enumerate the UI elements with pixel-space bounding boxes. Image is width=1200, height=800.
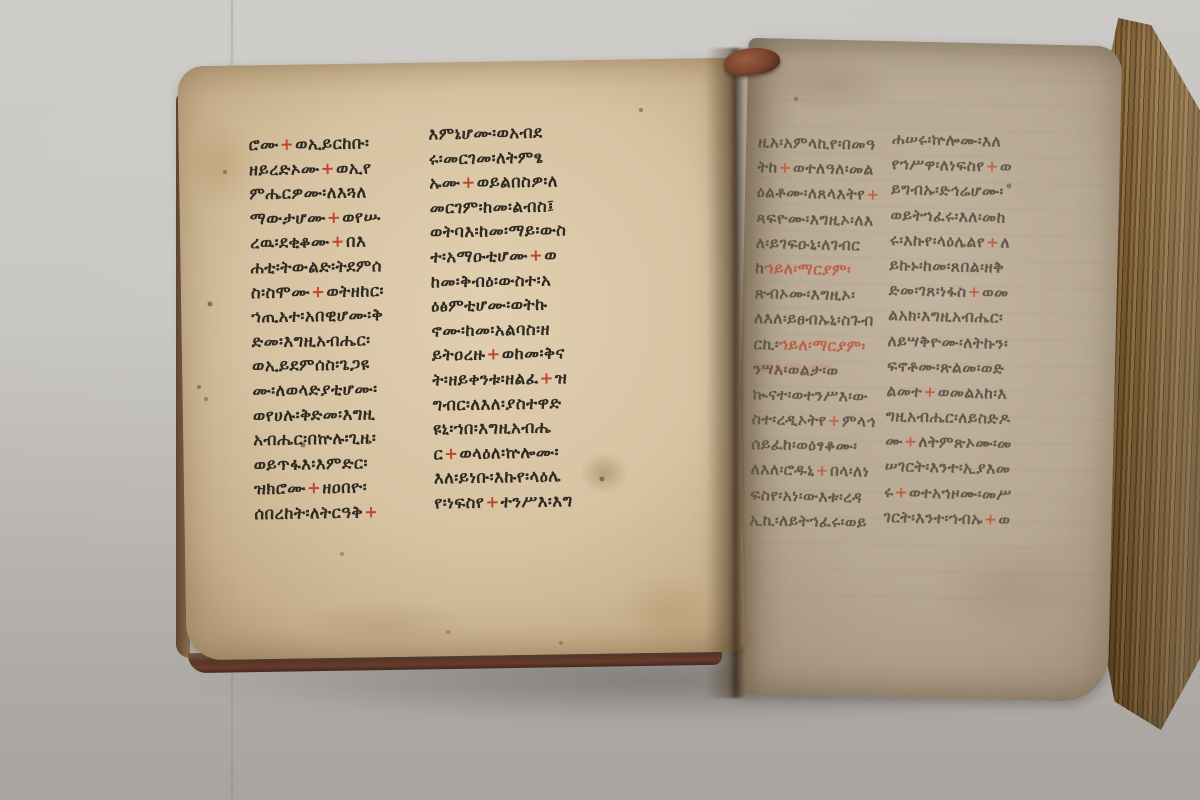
red-cross-mark: + bbox=[985, 233, 1001, 251]
text-line: ይግብኡ፡ድኅሬሆሙ፡ bbox=[891, 177, 1084, 207]
text-line: ሐሠሩ፡ኵሎሙ፡እለ bbox=[892, 127, 1085, 157]
text-line: ኡሙ+ወይልበስዎ፡ለ bbox=[429, 169, 621, 197]
red-cross-mark: + bbox=[814, 462, 830, 480]
red-cross-mark: + bbox=[460, 173, 477, 192]
text-line: ልአክ፡እግዚአብሔር፡ bbox=[888, 303, 1081, 333]
text-line: ፍስየ፡አነ፡ውእቱ፡ረዳ bbox=[750, 483, 911, 512]
text-line: ለእለ፡ይፀብኡኒ፡ስጉብ bbox=[754, 306, 915, 335]
dust-specks bbox=[0, 0, 2, 2]
text-line: ረዉ፡ደቂቆሙ+በእ bbox=[250, 229, 434, 256]
text-line: ወየሀሉ፡ቅድመ፡እግዚ bbox=[253, 401, 437, 428]
red-rubric-text: ኀይለ፡ማርያም፡ bbox=[764, 259, 851, 279]
photo-stage: ዚአ፡አምላኪየ፡በመዓትከ+ወተለዓለ፡መልዕልቶሙ፡ለጸላእትየ+ጻፍዮሙ፡… bbox=[0, 0, 1200, 800]
text-line: አብሔር፡በኵሉ፡ጊዜ፡ bbox=[253, 426, 437, 453]
red-cross-mark: + bbox=[983, 510, 999, 528]
text-line: ማውታሆሙ+ወየሡ bbox=[250, 204, 434, 231]
text-line: ድመ፡እግዚአብሔር፡ bbox=[252, 327, 436, 354]
text-line: ከመ፡ቅብዕ፡ውስተ፡አ bbox=[431, 267, 623, 295]
text-line: ት፡ዘይቀንቱ፡ዘልፈ+ዝ bbox=[432, 365, 624, 393]
parchment-stain bbox=[622, 572, 716, 646]
text-line: ሐቲ፡ትውልድ፡ትደምሰ bbox=[250, 253, 434, 280]
red-cross-mark: + bbox=[826, 412, 842, 430]
red-cross-mark: + bbox=[984, 157, 1000, 175]
red-cross-mark: + bbox=[903, 433, 919, 451]
text-line: ወይትኀፈሩ፡እለ፡መከ bbox=[890, 203, 1083, 233]
text-line: የኀሥዋ፡ለነፍስየ+ወ bbox=[891, 152, 1084, 182]
text-line: ገርት፡እንተ፡ኀብኡ+ወ bbox=[883, 505, 1076, 535]
text-line: ሩ፡እኩየ፡ላዕሌልየ+ለ bbox=[890, 228, 1083, 258]
text-line: ዕፅምቲሆሙ፡ወትኩ bbox=[431, 292, 623, 320]
text-line: ይኩኑ፡ከመ፡ጸበል፡ዘቅ bbox=[889, 253, 1082, 283]
parchment-stain bbox=[928, 538, 1088, 634]
text-line: ርኪ፡ኀይለ፡ማርያም፡ bbox=[753, 332, 914, 361]
text-line: ድመ፡ገጸ፡ነፋስ+ወመ bbox=[889, 278, 1082, 308]
text-line: ኲናተ፡ወተንሥእ፡ው bbox=[752, 382, 913, 411]
text-line: ሠገርት፡እንተ፡ኢያእመ bbox=[885, 454, 1078, 484]
text-line: ሩ+ወተአኀዞሙ፡መሥ bbox=[884, 480, 1077, 510]
red-cross-mark: + bbox=[538, 368, 555, 387]
text-line: እምኔሆሙ፡ወአብደ bbox=[428, 119, 620, 147]
text-line: ልመተ+ወመልአከ፡እ bbox=[886, 379, 1079, 409]
red-rubric-text: ኀይለ፡ማርያም፡ bbox=[779, 335, 866, 355]
text-line: ምሔርዎሙ፡ለእጓለ bbox=[249, 180, 433, 207]
text-line: ንሣእ፡ወልታ፡ወ bbox=[753, 357, 914, 386]
faded-red-inscription: ኀይለ፡ማርያም bbox=[755, 358, 832, 378]
text-line: ወይጥፋእ፡እምድር፡ bbox=[253, 450, 437, 477]
text-line: ግዚአብሔር፡ለይስድዶ bbox=[886, 404, 1079, 434]
text-line: ስተ፡ረዲኦትየ+ምላኅ bbox=[752, 407, 913, 436]
parchment-stain bbox=[768, 58, 898, 112]
text-line: ዩኒ፡ኀበ፡እግዚአብሔ bbox=[433, 415, 625, 443]
red-cross-mark: + bbox=[326, 208, 343, 227]
text-line: ኀጢአተ፡አበዊሆሙ፡ቅ bbox=[251, 303, 435, 330]
text-line: ፍኖቶሙ፡ጽልመ፡ወድ bbox=[887, 354, 1080, 384]
text-line: ወኢይደምሰስ፡ጌጋዩ bbox=[252, 352, 436, 379]
text-line: ዕልቶሙ፡ለጸላእትየ+ bbox=[757, 180, 918, 209]
text-line: ሰይፈከ፡ወዕፃቆሙ፡ bbox=[751, 432, 912, 461]
text-line: ሮሙ+ወኢይርከቡ፡ bbox=[248, 130, 432, 157]
red-cross-mark: + bbox=[306, 479, 323, 498]
text-line: መርገም፡ከመ፡ልብስ፤ bbox=[429, 193, 621, 221]
red-cross-mark: + bbox=[777, 159, 793, 177]
red-cross-mark: + bbox=[330, 232, 347, 251]
text-line: ለ፡ይገፍዑኒ፡ለገብር bbox=[756, 231, 917, 260]
red-cross-mark: + bbox=[443, 444, 460, 463]
parchment-stain bbox=[298, 598, 468, 652]
text-line: ከኀይለ፡ማርያም፡ bbox=[755, 256, 916, 285]
text-line: ሰበረከት፡ለትርዓቅ+ bbox=[254, 499, 438, 526]
red-cross-mark: + bbox=[310, 282, 327, 301]
red-cross-mark: + bbox=[922, 383, 938, 401]
red-cross-mark: + bbox=[279, 135, 296, 154]
red-cross-mark: + bbox=[865, 186, 881, 204]
red-cross-mark: + bbox=[966, 283, 982, 301]
text-line: ግብር፡ለእለ፡ያስተዋድ bbox=[433, 390, 625, 418]
red-cross-mark: + bbox=[485, 345, 502, 364]
text-line: ትከ+ወተለዓለ፡መል bbox=[757, 155, 918, 184]
right-page-column-2: ሐሠሩ፡ኵሎሙ፡እለየኀሥዋ፡ለነፍስየ+ወይግብኡ፡ድኅሬሆሙ፡ወይትኀፈሩ፡… bbox=[883, 127, 1084, 534]
text-line: ስ፡ስሞሙ+ወትዘከር፡ bbox=[251, 278, 435, 305]
text-line: ዚአ፡አምላኪየ፡በመዓ bbox=[758, 130, 919, 159]
red-cross-mark: + bbox=[320, 159, 337, 178]
parchment-stain bbox=[580, 452, 628, 494]
red-cross-mark: + bbox=[363, 502, 380, 521]
left-page: ሮሙ+ወኢይርከቡ፡ዘይረድኦሙ+ወኢየምሔርዎሙ፡ለእጓለማውታሆሙ+ወየሡረ… bbox=[177, 58, 744, 661]
red-cross-mark: + bbox=[528, 246, 545, 265]
text-line: ወትባእ፡ከመ፡ማይ፡ውስ bbox=[430, 218, 622, 246]
text-line: ሙ፡ለወላድያቲሆሙ፡ bbox=[252, 376, 436, 403]
text-line: ዝክሮሙ+ዘዐበዮ፡ bbox=[254, 475, 438, 502]
text-line: ጽብኦሙ፡እግዚኦ፡ bbox=[754, 281, 915, 310]
right-page-column-1: ዚአ፡አምላኪየ፡በመዓትከ+ወተለዓለ፡መልዕልቶሙ፡ለጸላእትየ+ጻፍዮሙ፡… bbox=[749, 130, 918, 537]
text-line: ተ፡አማዑቲሆሙ+ወ bbox=[430, 242, 622, 270]
red-cross-mark: + bbox=[484, 492, 501, 511]
red-cross-mark: + bbox=[893, 483, 909, 501]
parchment-stain bbox=[185, 118, 257, 212]
text-line: ሙ+ለትምጽኦሙ፡መ bbox=[885, 429, 1078, 459]
text-line: ለይሣቅዮሙ፡ለትኩን፡ bbox=[887, 329, 1080, 359]
text-line: ኢኪ፡ለይትኀፈሩ፡ወይ bbox=[749, 508, 910, 537]
text-line: ሩ፡መርገመ፡ለትምፄ bbox=[429, 144, 621, 172]
text-line: ጻፍዮሙ፡እግዚኦ፡ለእ bbox=[756, 206, 917, 235]
text-line: ይትዐረዙ+ወከመ፡ቅና bbox=[432, 341, 624, 369]
left-page-column-1: ሮሙ+ወኢይርከቡ፡ዘይረድኦሙ+ወኢየምሔርዎሙ፡ለእጓለማውታሆሙ+ወየሡረ… bbox=[248, 130, 438, 526]
text-line: ለእለ፡ሮዱኒ+በላ፡ለነ bbox=[750, 457, 911, 486]
text-line: ኖሙ፡ከመ፡አልባስ፡ዘ bbox=[431, 316, 623, 344]
text-line: ዘይረድኦሙ+ወኢየ bbox=[249, 155, 433, 182]
